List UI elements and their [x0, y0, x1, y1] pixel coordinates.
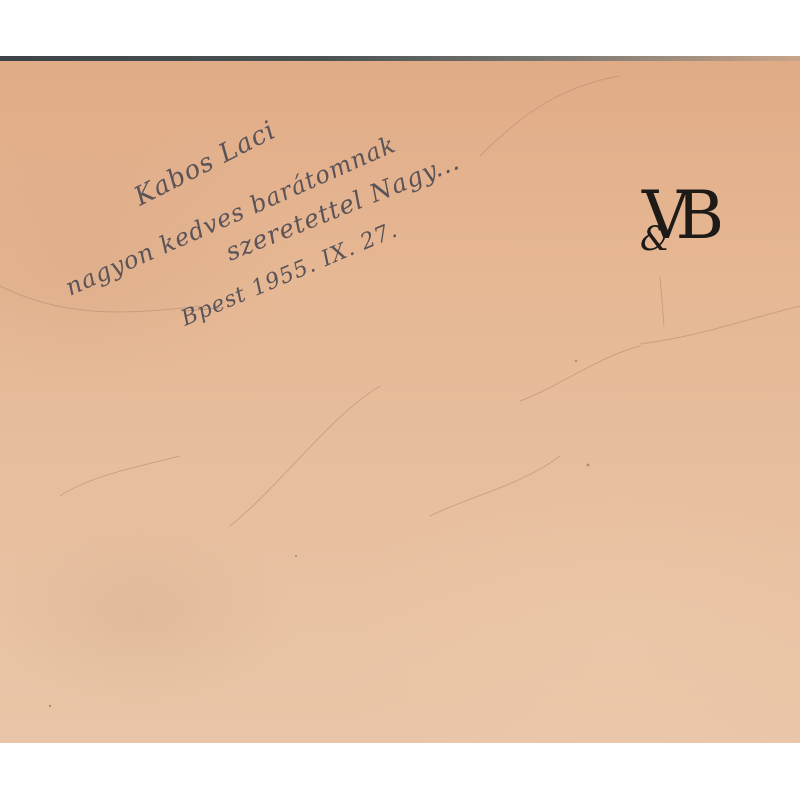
- publisher-monogram: VB &: [638, 176, 718, 266]
- flyleaf-page: Kabos Laci nagyon kedves barátomnak szer…: [0, 56, 800, 743]
- handwritten-dedication: Kabos Laci nagyon kedves barátomnak szer…: [0, 56, 800, 743]
- monogram-ampersand: &: [640, 222, 670, 256]
